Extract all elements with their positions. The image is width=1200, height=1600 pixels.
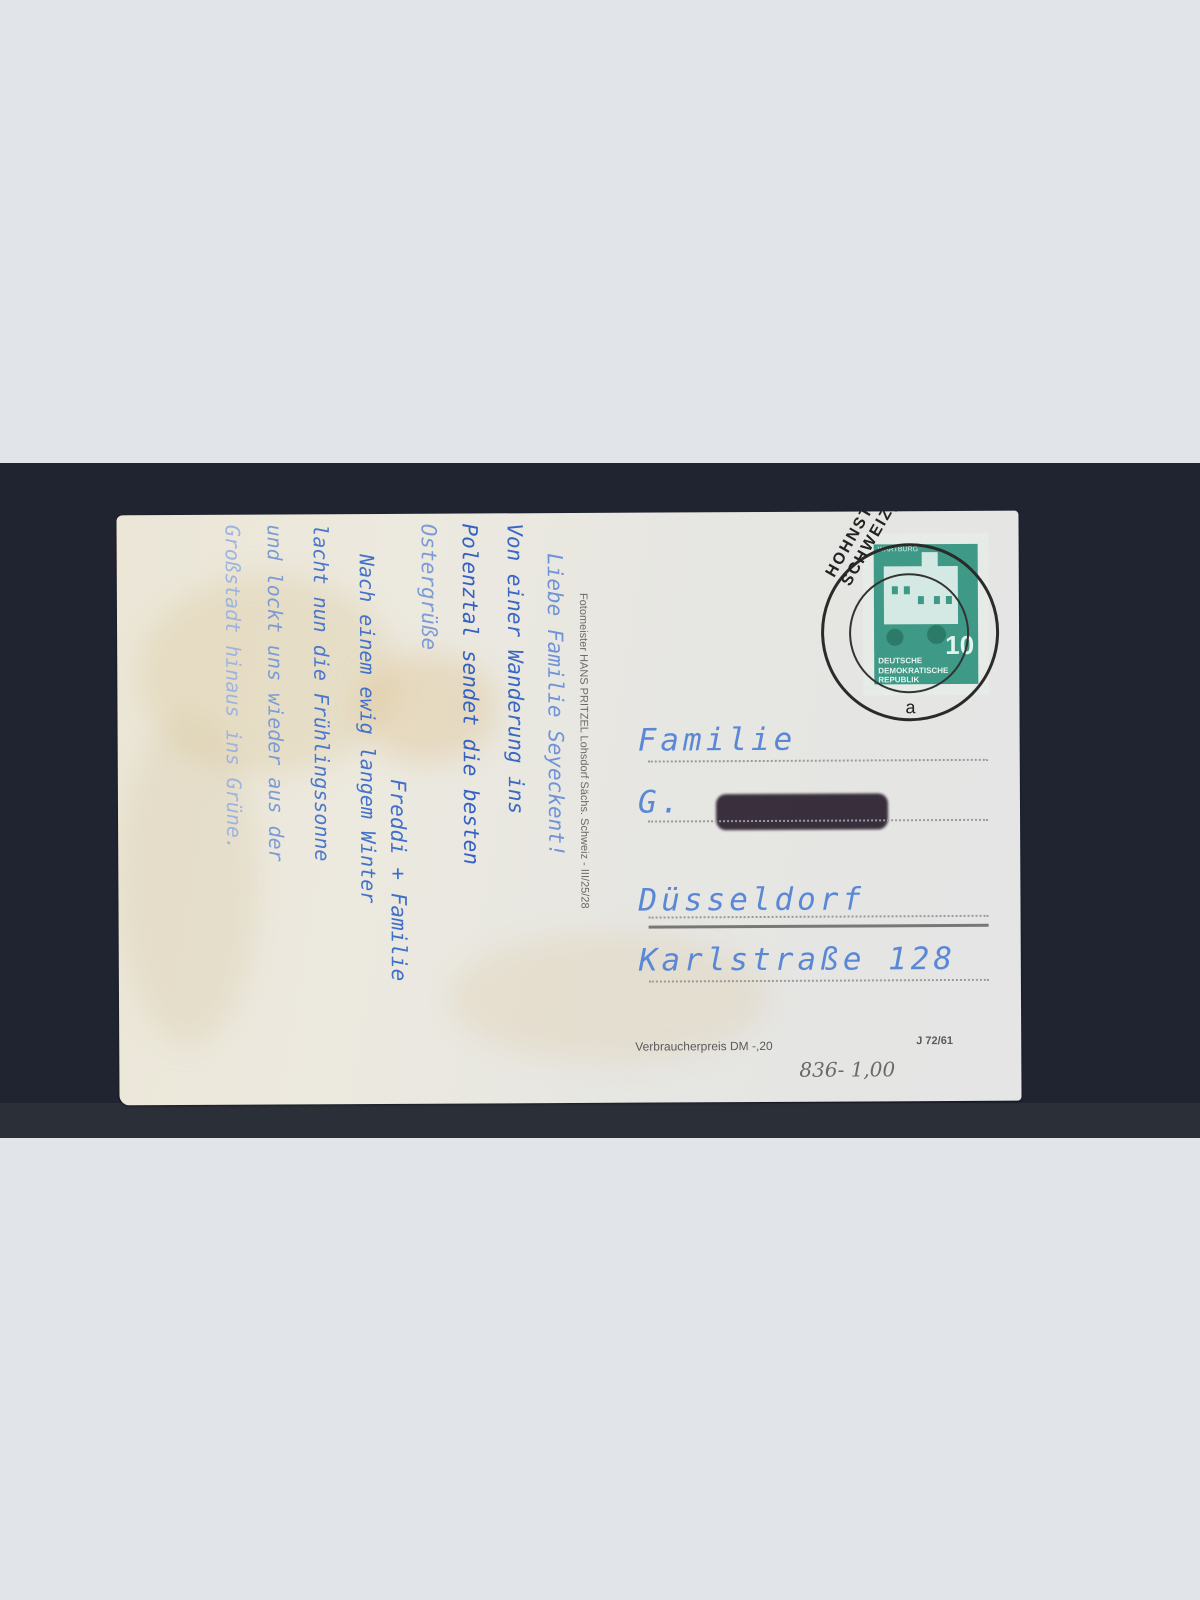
message-line: und lockt uns wieder aus der <box>263 524 289 861</box>
address-rule <box>648 759 988 763</box>
city-underline <box>649 924 989 929</box>
message-line: lacht nun die Frühlingssonne <box>309 524 335 861</box>
publisher-imprint: Fotomeister HANS PRITZEL Lohsdorf Sächs.… <box>577 593 591 909</box>
address-initial: G. <box>638 784 684 820</box>
message-line: Ostergrüße <box>417 524 442 651</box>
message-line: Liebe Familie Seyeckent! <box>543 553 569 857</box>
print-code: J 72/61 <box>916 1035 953 1047</box>
address-rule <box>649 915 989 919</box>
message-line: Großstadt hinaus ins Grüne. <box>221 525 247 850</box>
postmark-inner-ring <box>849 573 970 694</box>
address-city: Düsseldorf <box>638 881 865 918</box>
message-line: Von einer Wanderung ins <box>503 523 529 814</box>
address-street: Karlstraße 128 <box>639 941 956 979</box>
table-ledge <box>0 1103 1200 1138</box>
message-signature: Freddi + Familie <box>386 779 411 981</box>
pencil-price-note: 836- 1,00 <box>799 1057 895 1082</box>
postcard: Fotomeister HANS PRITZEL Lohsdorf Sächs.… <box>116 511 1021 1106</box>
redaction-mark <box>716 793 888 830</box>
address-rule <box>649 979 989 983</box>
consumer-price: Verbraucherpreis DM -,20 <box>635 1039 772 1054</box>
message-line: Nach einem ewig langem Winter <box>355 554 381 903</box>
postmark-letter: a <box>905 697 915 718</box>
address-line1: Familie <box>638 722 797 759</box>
message-line: Polenztal sendet die besten <box>458 523 484 864</box>
